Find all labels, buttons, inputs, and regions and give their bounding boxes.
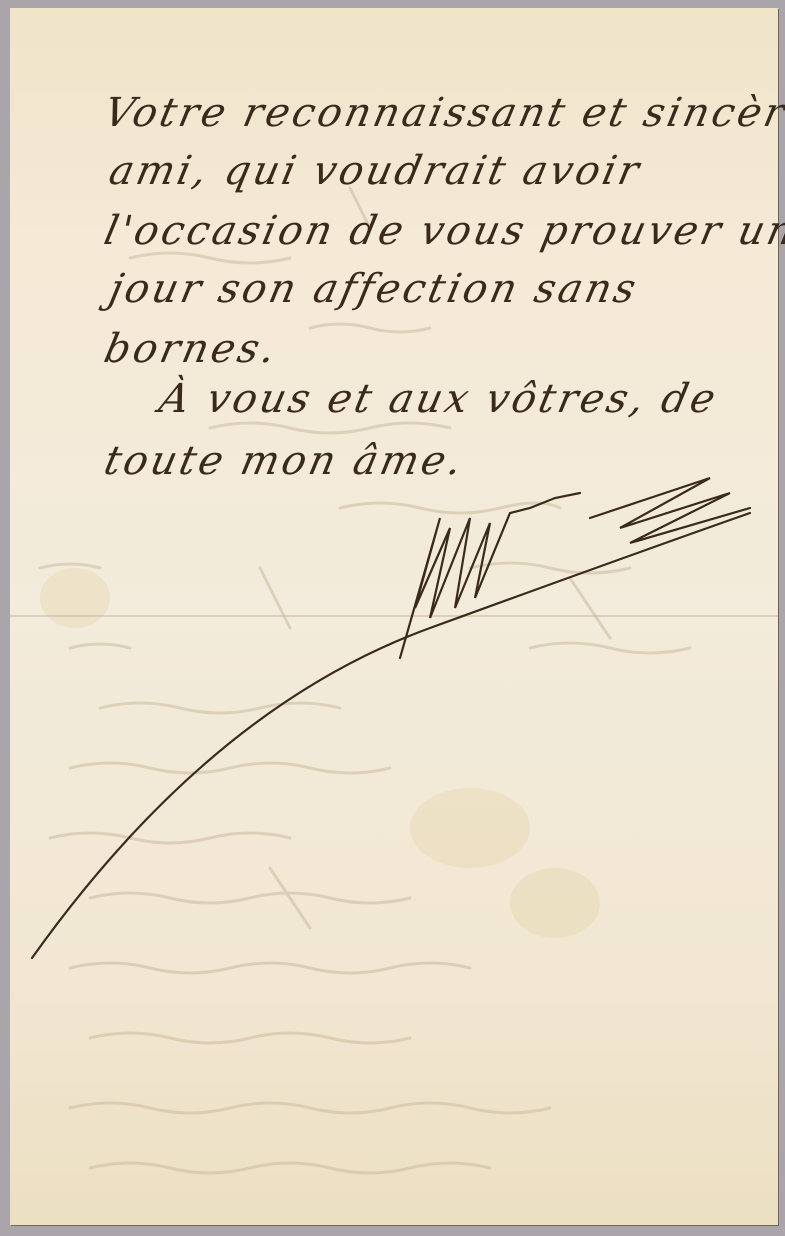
signature-flourish: [10, 8, 778, 1225]
letter-page: Votre reconnaissant et sincère ami, qui …: [10, 8, 778, 1225]
